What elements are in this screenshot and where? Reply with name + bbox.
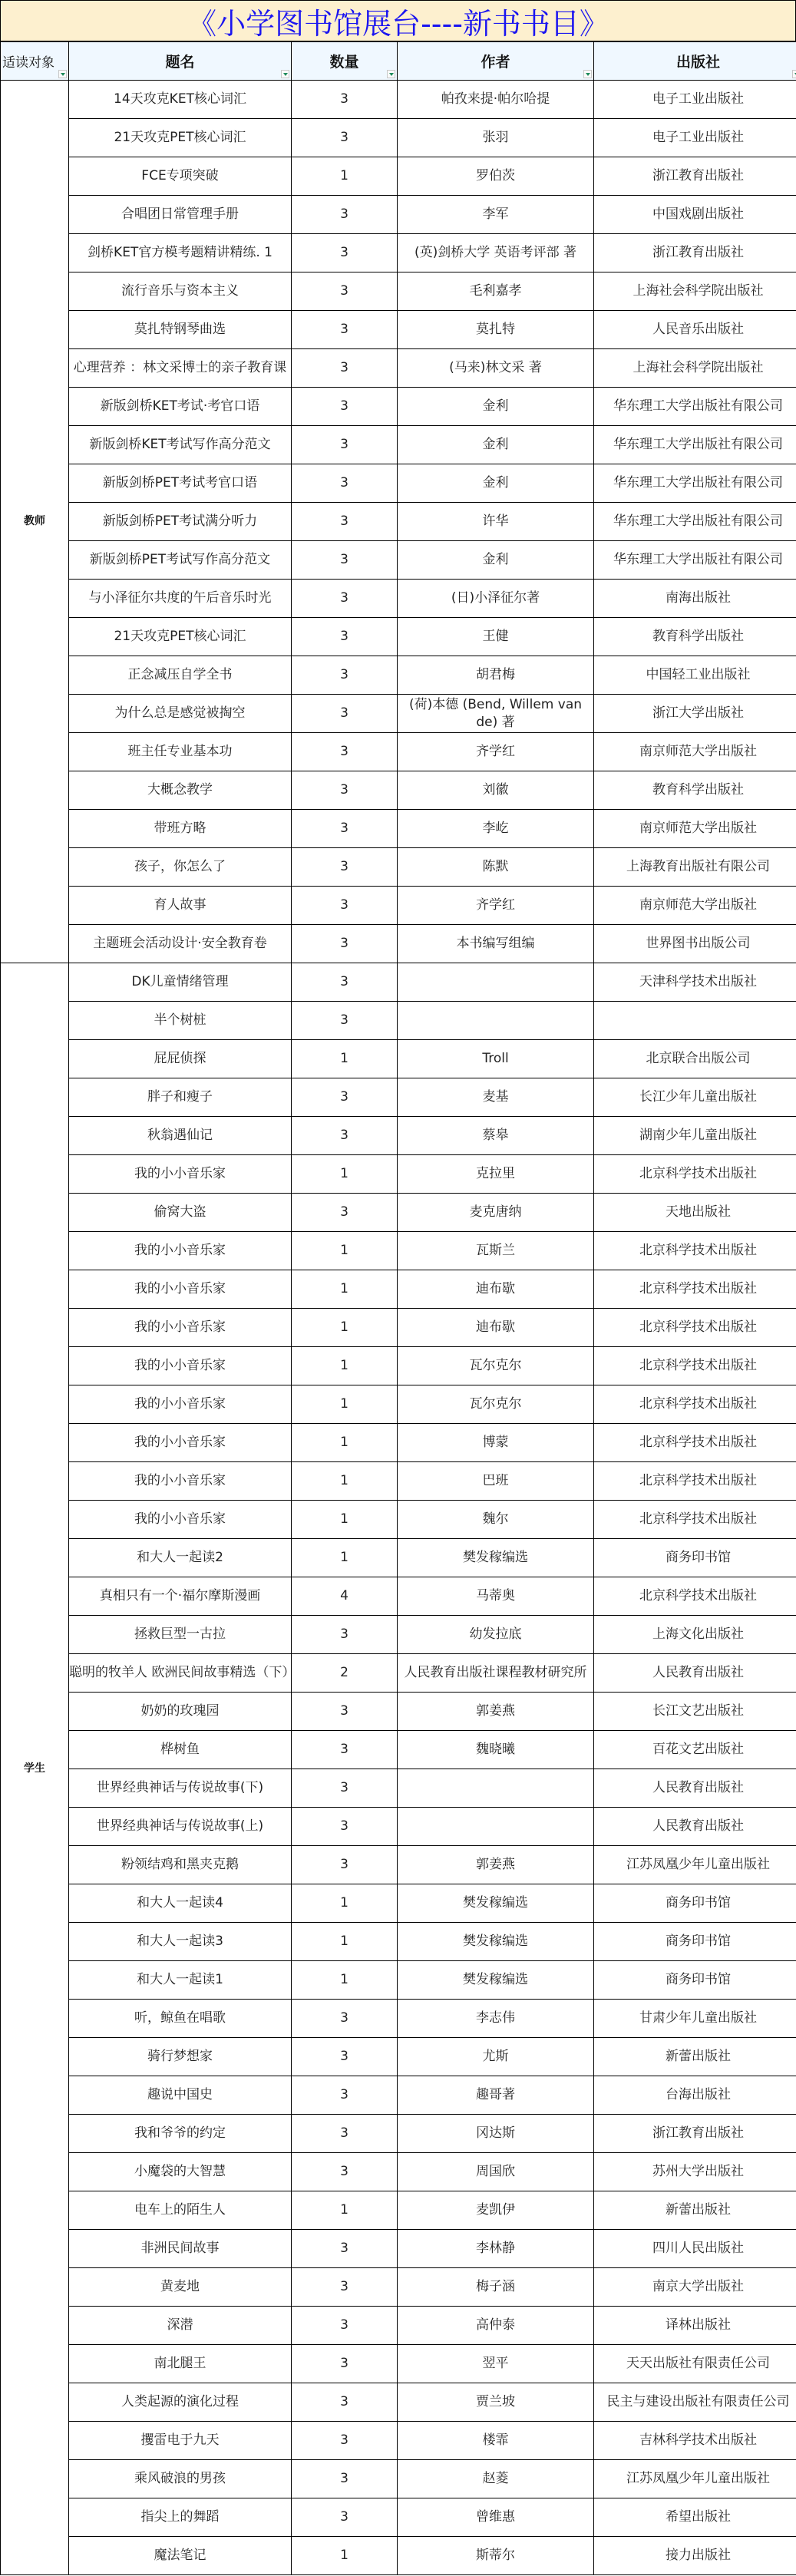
publisher-cell[interactable]: 希望出版社 bbox=[594, 2498, 796, 2537]
publisher-cell[interactable]: 新蕾出版社 bbox=[594, 2191, 796, 2230]
author-cell[interactable]: (英)剑桥大学 英语考评部 著 bbox=[398, 234, 594, 272]
quantity-cell[interactable]: 1 bbox=[292, 1923, 398, 1961]
quantity-cell[interactable]: 3 bbox=[292, 2422, 398, 2460]
author-cell[interactable]: 巴班 bbox=[398, 1462, 594, 1501]
publisher-cell[interactable]: 南海出版社 bbox=[594, 580, 796, 618]
author-cell[interactable]: 尤斯 bbox=[398, 2038, 594, 2076]
title-cell[interactable]: 秋翁遇仙记 bbox=[69, 1117, 292, 1155]
author-cell[interactable]: 贾兰坡 bbox=[398, 2383, 594, 2422]
author-cell[interactable]: 魏晓曦 bbox=[398, 1731, 594, 1769]
publisher-cell[interactable] bbox=[594, 1002, 796, 1040]
quantity-cell[interactable]: 3 bbox=[292, 388, 398, 426]
quantity-cell[interactable]: 3 bbox=[292, 1078, 398, 1117]
title-cell[interactable]: 屁屁侦探 bbox=[69, 1040, 292, 1078]
publisher-cell[interactable]: 百花文艺出版社 bbox=[594, 1731, 796, 1769]
table-row: 主题班会活动设计·安全教育卷3本书编写组编世界图书出版公司 bbox=[1, 925, 796, 963]
title-cell[interactable]: 我的小小音乐家 bbox=[69, 1309, 292, 1347]
author-cell[interactable]: 刘徽 bbox=[398, 771, 594, 810]
quantity-cell[interactable]: 1 bbox=[292, 1270, 398, 1309]
title-cell[interactable]: 乘风破浪的男孩 bbox=[69, 2460, 292, 2498]
author-cell[interactable]: 王健 bbox=[398, 618, 594, 656]
publisher-cell[interactable]: 商务印书馆 bbox=[594, 1961, 796, 2000]
author-cell[interactable]: 趣哥著 bbox=[398, 2076, 594, 2115]
quantity-cell[interactable]: 3 bbox=[292, 1616, 398, 1654]
quantity-cell[interactable]: 3 bbox=[292, 2000, 398, 2038]
quantity-cell[interactable]: 3 bbox=[292, 2115, 398, 2153]
publisher-cell[interactable]: 北京科学技术出版社 bbox=[594, 1501, 796, 1539]
title-cell[interactable]: 剑桥KET官方模考题精讲精练. 1 bbox=[69, 234, 292, 272]
table-body: 教师14天攻克KET核心词汇3帕孜来提·帕尔哈提电子工业出版社21天攻克PET核… bbox=[1, 81, 796, 2575]
author-cell[interactable]: 瓦尔克尔 bbox=[398, 1347, 594, 1385]
title-cell[interactable]: 人类起源的演化过程 bbox=[69, 2383, 292, 2422]
quantity-cell[interactable]: 2 bbox=[292, 1654, 398, 1693]
filter-dropdown-icon[interactable] bbox=[583, 70, 592, 78]
author-cell[interactable] bbox=[398, 1769, 594, 1808]
audience-cell[interactable]: 学生 bbox=[1, 963, 69, 2575]
quantity-cell[interactable]: 3 bbox=[292, 541, 398, 580]
title-cell[interactable]: FCE专项突破 bbox=[69, 157, 292, 196]
publisher-cell[interactable]: 江苏凤凰少年儿童出版社 bbox=[594, 1846, 796, 1884]
filter-dropdown-icon[interactable] bbox=[387, 70, 395, 78]
author-cell[interactable]: 麦基 bbox=[398, 1078, 594, 1117]
table-row: 乘风破浪的男孩3赵菱江苏凤凰少年儿童出版社 bbox=[1, 2460, 796, 2498]
quantity-cell[interactable]: 3 bbox=[292, 426, 398, 464]
table-row: 偷窝大盗3麦克唐纳天地出版社 bbox=[1, 1194, 796, 1232]
title-cell[interactable]: 魔法笔记 bbox=[69, 2537, 292, 2575]
publisher-cell[interactable]: 上海文化出版社 bbox=[594, 1616, 796, 1654]
title-cell[interactable]: 带班方略 bbox=[69, 810, 292, 848]
author-cell[interactable]: 周国欣 bbox=[398, 2153, 594, 2191]
author-cell[interactable]: 李志伟 bbox=[398, 2000, 594, 2038]
title-cell[interactable]: 21天攻克PET核心词汇 bbox=[69, 119, 292, 157]
author-cell[interactable]: 樊发稼编选 bbox=[398, 1539, 594, 1577]
author-cell[interactable]: 樊发稼编选 bbox=[398, 1961, 594, 2000]
author-cell[interactable]: 麦克唐纳 bbox=[398, 1194, 594, 1232]
quantity-cell[interactable]: 3 bbox=[292, 2498, 398, 2537]
author-cell[interactable]: 齐学红 bbox=[398, 733, 594, 771]
publisher-cell[interactable]: 商务印书馆 bbox=[594, 1539, 796, 1577]
column-header-label: 适读对象 bbox=[2, 55, 54, 71]
publisher-cell[interactable]: 北京联合出版公司 bbox=[594, 1040, 796, 1078]
quantity-cell[interactable]: 3 bbox=[292, 2307, 398, 2345]
author-cell[interactable]: 高仲泰 bbox=[398, 2307, 594, 2345]
quantity-cell[interactable]: 1 bbox=[292, 1961, 398, 2000]
author-cell[interactable]: 齐学红 bbox=[398, 887, 594, 925]
quantity-cell[interactable]: 3 bbox=[292, 119, 398, 157]
author-cell[interactable]: 斯蒂尔 bbox=[398, 2537, 594, 2575]
publisher-cell[interactable]: 教育科学出版社 bbox=[594, 771, 796, 810]
title-cell[interactable]: 听，鲸鱼在唱歌 bbox=[69, 2000, 292, 2038]
title-cell[interactable]: 21天攻克PET核心词汇 bbox=[69, 618, 292, 656]
title-cell[interactable]: 非洲民间故事 bbox=[69, 2230, 292, 2268]
table-row: 人类起源的演化过程3贾兰坡民主与建设出版社有限责任公司 bbox=[1, 2383, 796, 2422]
publisher-cell[interactable]: 浙江教育出版社 bbox=[594, 2115, 796, 2153]
title-cell[interactable]: DK儿童情绪管理 bbox=[69, 963, 292, 1002]
quantity-cell[interactable]: 3 bbox=[292, 1808, 398, 1846]
quantity-cell[interactable]: 3 bbox=[292, 887, 398, 925]
author-cell[interactable]: 迪布歇 bbox=[398, 1270, 594, 1309]
quantity-cell[interactable]: 3 bbox=[292, 1769, 398, 1808]
author-cell[interactable]: 蔡皋 bbox=[398, 1117, 594, 1155]
title-cell[interactable]: 我的小小音乐家 bbox=[69, 1270, 292, 1309]
author-cell[interactable]: 张羽 bbox=[398, 119, 594, 157]
title-cell[interactable]: 小魔袋的大智慧 bbox=[69, 2153, 292, 2191]
publisher-cell[interactable]: 吉林科学技术出版社 bbox=[594, 2422, 796, 2460]
title-cell[interactable]: 大概念教学 bbox=[69, 771, 292, 810]
filter-dropdown-icon[interactable] bbox=[281, 70, 289, 78]
quantity-cell[interactable]: 3 bbox=[292, 234, 398, 272]
publisher-cell[interactable]: 湖南少年儿童出版社 bbox=[594, 1117, 796, 1155]
author-cell[interactable]: 克拉里 bbox=[398, 1155, 594, 1194]
author-cell[interactable]: 迪布歇 bbox=[398, 1309, 594, 1347]
quantity-cell[interactable]: 4 bbox=[292, 1577, 398, 1616]
quantity-cell[interactable]: 3 bbox=[292, 1002, 398, 1040]
quantity-cell[interactable]: 3 bbox=[292, 1693, 398, 1731]
author-cell[interactable]: 本书编写组编 bbox=[398, 925, 594, 963]
publisher-cell[interactable]: 中国戏剧出版社 bbox=[594, 196, 796, 234]
quantity-cell[interactable]: 3 bbox=[292, 810, 398, 848]
title-cell[interactable]: 合唱团日常管理手册 bbox=[69, 196, 292, 234]
publisher-cell[interactable]: 电子工业出版社 bbox=[594, 119, 796, 157]
quantity-cell[interactable]: 1 bbox=[292, 1462, 398, 1501]
publisher-cell[interactable]: 浙江大学出版社 bbox=[594, 695, 796, 733]
title-cell[interactable]: 胖子和瘦子 bbox=[69, 1078, 292, 1117]
quantity-cell[interactable]: 3 bbox=[292, 272, 398, 311]
quantity-cell[interactable]: 3 bbox=[292, 656, 398, 695]
quantity-cell[interactable]: 3 bbox=[292, 2345, 398, 2383]
quantity-cell[interactable]: 3 bbox=[292, 81, 398, 119]
quantity-cell[interactable]: 3 bbox=[292, 771, 398, 810]
author-cell[interactable]: 帕孜来提·帕尔哈提 bbox=[398, 81, 594, 119]
title-cell[interactable]: 真相只有一个·福尔摩斯漫画 bbox=[69, 1577, 292, 1616]
publisher-cell[interactable]: 长江文艺出版社 bbox=[594, 1693, 796, 1731]
quantity-cell[interactable]: 1 bbox=[292, 1539, 398, 1577]
publisher-cell[interactable]: 中国轻工业出版社 bbox=[594, 656, 796, 695]
column-header-label: 出版社 bbox=[676, 54, 720, 71]
quantity-cell[interactable]: 3 bbox=[292, 2268, 398, 2307]
title-cell[interactable]: 半个树桩 bbox=[69, 1002, 292, 1040]
publisher-cell[interactable]: 甘肃少年儿童出版社 bbox=[594, 2000, 796, 2038]
filter-dropdown-icon[interactable] bbox=[792, 70, 796, 78]
publisher-cell[interactable]: 译林出版社 bbox=[594, 2307, 796, 2345]
quantity-cell[interactable]: 3 bbox=[292, 2038, 398, 2076]
quantity-cell[interactable]: 1 bbox=[292, 2191, 398, 2230]
quantity-cell[interactable]: 3 bbox=[292, 580, 398, 618]
table-row: 育人故事3齐学红南京师范大学出版社 bbox=[1, 887, 796, 925]
publisher-cell[interactable]: 北京科学技术出版社 bbox=[594, 1347, 796, 1385]
quantity-cell[interactable]: 3 bbox=[292, 2153, 398, 2191]
publisher-cell[interactable]: 人民教育出版社 bbox=[594, 1654, 796, 1693]
table-row: 和大人一起读21樊发稼编选商务印书馆 bbox=[1, 1539, 796, 1577]
title-cell[interactable]: 新版剑桥PET考试考官口语 bbox=[69, 464, 292, 503]
quantity-cell[interactable]: 3 bbox=[292, 464, 398, 503]
title-cell[interactable]: 世界经典神话与传说故事(下) bbox=[69, 1769, 292, 1808]
title-cell[interactable]: 世界经典神话与传说故事(上) bbox=[69, 1808, 292, 1846]
title-cell[interactable]: 我的小小音乐家 bbox=[69, 1347, 292, 1385]
publisher-cell[interactable]: 人民教育出版社 bbox=[594, 1808, 796, 1846]
table-row: 和大人一起读41樊发稼编选商务印书馆 bbox=[1, 1884, 796, 1923]
title-cell[interactable]: 深潜 bbox=[69, 2307, 292, 2345]
title-cell[interactable]: 黄麦地 bbox=[69, 2268, 292, 2307]
author-cell[interactable] bbox=[398, 1808, 594, 1846]
author-cell[interactable]: 陈默 bbox=[398, 848, 594, 887]
publisher-cell[interactable]: 北京科学技术出版社 bbox=[594, 1424, 796, 1462]
table-row: 我的小小音乐家1瓦尔克尔北京科学技术出版社 bbox=[1, 1347, 796, 1385]
table-row: 和大人一起读31樊发稼编选商务印书馆 bbox=[1, 1923, 796, 1961]
table-row: 新版剑桥PET考试满分听力3许华华东理工大学出版社有限公司 bbox=[1, 503, 796, 541]
title-cell[interactable]: 新版剑桥PET考试满分听力 bbox=[69, 503, 292, 541]
table-row: 学生DK儿童情绪管理3天津科学技术出版社 bbox=[1, 963, 796, 1002]
publisher-cell[interactable]: 华东理工大学出版社有限公司 bbox=[594, 426, 796, 464]
author-cell[interactable]: 赵菱 bbox=[398, 2460, 594, 2498]
audience-cell[interactable]: 教师 bbox=[1, 81, 69, 963]
table-row: 我的小小音乐家1巴班北京科学技术出版社 bbox=[1, 1462, 796, 1501]
table-row: 聪明的牧羊人 欧洲民间故事精选（下）2人民教育出版社课程教材研究所人民教育出版社 bbox=[1, 1654, 796, 1693]
table-row: 莫扎特钢琴曲选3莫扎特人民音乐出版社 bbox=[1, 311, 796, 349]
author-cell[interactable] bbox=[398, 1002, 594, 1040]
publisher-cell[interactable]: 华东理工大学出版社有限公司 bbox=[594, 464, 796, 503]
quantity-cell[interactable]: 3 bbox=[292, 2230, 398, 2268]
publisher-cell[interactable]: 接力出版社 bbox=[594, 2537, 796, 2575]
author-cell[interactable]: 瓦尔克尔 bbox=[398, 1385, 594, 1424]
publisher-cell[interactable]: 民主与建设出版社有限责任公司 bbox=[594, 2383, 796, 2422]
title-cell[interactable]: 新版剑桥PET考试写作高分范文 bbox=[69, 541, 292, 580]
quantity-cell[interactable]: 3 bbox=[292, 311, 398, 349]
table-row: 小魔袋的大智慧3周国欣苏州大学出版社 bbox=[1, 2153, 796, 2191]
author-cell[interactable]: 魏尔 bbox=[398, 1501, 594, 1539]
publisher-cell[interactable]: 北京科学技术出版社 bbox=[594, 1577, 796, 1616]
quantity-cell[interactable]: 1 bbox=[292, 157, 398, 196]
table-row: 世界经典神话与传说故事(下)3人民教育出版社 bbox=[1, 1769, 796, 1808]
author-cell[interactable]: 金利 bbox=[398, 464, 594, 503]
author-cell[interactable]: 幼发拉底 bbox=[398, 1616, 594, 1654]
author-cell[interactable]: (日)小泽征尔著 bbox=[398, 580, 594, 618]
title-cell[interactable]: 主题班会活动设计·安全教育卷 bbox=[69, 925, 292, 963]
title-cell[interactable]: 南北腿王 bbox=[69, 2345, 292, 2383]
title-cell[interactable]: 14天攻克KET核心词汇 bbox=[69, 81, 292, 119]
quantity-cell[interactable]: 3 bbox=[292, 2460, 398, 2498]
quantity-cell[interactable]: 1 bbox=[292, 1347, 398, 1385]
table-row: 我的小小音乐家1迪布歇北京科学技术出版社 bbox=[1, 1309, 796, 1347]
table-row: 指尖上的舞蹈3曾维惠希望出版社 bbox=[1, 2498, 796, 2537]
quantity-cell[interactable]: 1 bbox=[292, 1040, 398, 1078]
quantity-cell[interactable]: 3 bbox=[292, 1846, 398, 1884]
table-row: 我的小小音乐家1博蒙北京科学技术出版社 bbox=[1, 1424, 796, 1462]
quantity-cell[interactable]: 3 bbox=[292, 503, 398, 541]
quantity-cell[interactable]: 1 bbox=[292, 1884, 398, 1923]
publisher-cell[interactable]: 商务印书馆 bbox=[594, 1884, 796, 1923]
title-cell[interactable]: 和大人一起读3 bbox=[69, 1923, 292, 1961]
title-cell[interactable]: 我的小小音乐家 bbox=[69, 1232, 292, 1270]
title-cell[interactable]: 攫雷电于九天 bbox=[69, 2422, 292, 2460]
publisher-cell[interactable]: 上海社会科学院出版社 bbox=[594, 349, 796, 388]
publisher-cell[interactable]: 北京科学技术出版社 bbox=[594, 1462, 796, 1501]
table-row: 粉领结鸡和黑夹克鹅3郭姜燕江苏凤凰少年儿童出版社 bbox=[1, 1846, 796, 1884]
title-cell[interactable]: 为什么总是感觉被掏空 bbox=[69, 695, 292, 733]
quantity-cell[interactable]: 3 bbox=[292, 2383, 398, 2422]
publisher-cell[interactable]: 教育科学出版社 bbox=[594, 618, 796, 656]
author-cell[interactable]: 金利 bbox=[398, 388, 594, 426]
quantity-cell[interactable]: 3 bbox=[292, 2076, 398, 2115]
title-cell[interactable]: 育人故事 bbox=[69, 887, 292, 925]
author-cell[interactable]: (马来)林文采 著 bbox=[398, 349, 594, 388]
author-cell[interactable]: 曾维惠 bbox=[398, 2498, 594, 2537]
quantity-cell[interactable]: 1 bbox=[292, 1501, 398, 1539]
author-cell[interactable] bbox=[398, 963, 594, 1002]
quantity-cell[interactable]: 1 bbox=[292, 1385, 398, 1424]
quantity-cell[interactable]: 1 bbox=[292, 1309, 398, 1347]
publisher-cell[interactable]: 天天出版社有限责任公司 bbox=[594, 2345, 796, 2383]
publisher-cell[interactable]: 北京科学技术出版社 bbox=[594, 1232, 796, 1270]
author-cell[interactable]: 郭姜燕 bbox=[398, 1693, 594, 1731]
publisher-cell[interactable]: 南京师范大学出版社 bbox=[594, 887, 796, 925]
quantity-cell[interactable]: 3 bbox=[292, 1117, 398, 1155]
quantity-cell[interactable]: 3 bbox=[292, 848, 398, 887]
title-cell[interactable]: 聪明的牧羊人 欧洲民间故事精选（下） bbox=[69, 1654, 292, 1693]
publisher-cell[interactable]: 南京师范大学出版社 bbox=[594, 733, 796, 771]
author-cell[interactable]: 金利 bbox=[398, 426, 594, 464]
publisher-cell[interactable]: 北京科学技术出版社 bbox=[594, 1309, 796, 1347]
author-cell[interactable]: 麦凯伊 bbox=[398, 2191, 594, 2230]
publisher-cell[interactable]: 四川人民出版社 bbox=[594, 2230, 796, 2268]
publisher-cell[interactable]: 北京科学技术出版社 bbox=[594, 1385, 796, 1424]
publisher-cell[interactable]: 华东理工大学出版社有限公司 bbox=[594, 541, 796, 580]
author-cell[interactable]: 梅子涵 bbox=[398, 2268, 594, 2307]
title-cell[interactable]: 桦树鱼 bbox=[69, 1731, 292, 1769]
publisher-cell[interactable]: 苏州大学出版社 bbox=[594, 2153, 796, 2191]
book-list-table: 适读对象 题名 数量 作者 出版社 bbox=[0, 41, 796, 2575]
table-row: 我的小小音乐家1瓦尔克尔北京科学技术出版社 bbox=[1, 1385, 796, 1424]
title-cell[interactable]: 我和爷爷的约定 bbox=[69, 2115, 292, 2153]
publisher-cell[interactable]: 南京大学出版社 bbox=[594, 2268, 796, 2307]
title-cell[interactable]: 班主任专业基本功 bbox=[69, 733, 292, 771]
publisher-cell[interactable]: 华东理工大学出版社有限公司 bbox=[594, 388, 796, 426]
publisher-cell[interactable]: 华东理工大学出版社有限公司 bbox=[594, 503, 796, 541]
title-cell[interactable]: 正念减压自学全书 bbox=[69, 656, 292, 695]
author-cell[interactable]: 人民教育出版社课程教材研究所 bbox=[398, 1654, 594, 1693]
title-cell[interactable]: 新版剑桥KET考试·考官口语 bbox=[69, 388, 292, 426]
title-cell[interactable]: 心理营养 ：林文采博士的亲子教育课 bbox=[69, 349, 292, 388]
author-cell[interactable]: 樊发稼编选 bbox=[398, 1923, 594, 1961]
publisher-cell[interactable]: 南京师范大学出版社 bbox=[594, 810, 796, 848]
publisher-cell[interactable]: 天地出版社 bbox=[594, 1194, 796, 1232]
publisher-cell[interactable]: 新蕾出版社 bbox=[594, 2038, 796, 2076]
title-cell[interactable]: 奶奶的玫瑰园 bbox=[69, 1693, 292, 1731]
publisher-cell[interactable]: 人民教育出版社 bbox=[594, 1769, 796, 1808]
quantity-cell[interactable]: 3 bbox=[292, 618, 398, 656]
quantity-cell[interactable]: 3 bbox=[292, 1194, 398, 1232]
table-row: 世界经典神话与传说故事(上)3人民教育出版社 bbox=[1, 1808, 796, 1846]
author-cell[interactable]: 瓦斯兰 bbox=[398, 1232, 594, 1270]
title-cell[interactable]: 我的小小音乐家 bbox=[69, 1155, 292, 1194]
title-cell[interactable]: 指尖上的舞蹈 bbox=[69, 2498, 292, 2537]
spreadsheet: 《小学图书馆展台----新书书目》 适读对象 题名 数量 作者 bbox=[0, 0, 796, 2575]
title-cell[interactable]: 偷窝大盗 bbox=[69, 1194, 292, 1232]
publisher-cell[interactable]: 长江少年儿童出版社 bbox=[594, 1078, 796, 1117]
publisher-cell[interactable]: 人民音乐出版社 bbox=[594, 311, 796, 349]
title-cell[interactable]: 流行音乐与资本主义 bbox=[69, 272, 292, 311]
author-cell[interactable]: 李军 bbox=[398, 196, 594, 234]
quantity-cell[interactable]: 3 bbox=[292, 1731, 398, 1769]
quantity-cell[interactable]: 1 bbox=[292, 1155, 398, 1194]
page-title: 《小学图书馆展台----新书书目》 bbox=[187, 0, 609, 42]
author-cell[interactable]: 冈达斯 bbox=[398, 2115, 594, 2153]
quantity-cell[interactable]: 3 bbox=[292, 925, 398, 963]
author-cell[interactable]: 莫扎特 bbox=[398, 311, 594, 349]
title-cell[interactable]: 骑行梦想家 bbox=[69, 2038, 292, 2076]
publisher-cell[interactable]: 天津科学技术出版社 bbox=[594, 963, 796, 1002]
quantity-cell[interactable]: 1 bbox=[292, 1424, 398, 1462]
table-row: 非洲民间故事3李林静四川人民出版社 bbox=[1, 2230, 796, 2268]
author-cell[interactable]: 胡君梅 bbox=[398, 656, 594, 695]
publisher-cell[interactable]: 上海社会科学院出版社 bbox=[594, 272, 796, 311]
title-cell[interactable]: 和大人一起读4 bbox=[69, 1884, 292, 1923]
title-cell[interactable]: 和大人一起读2 bbox=[69, 1539, 292, 1577]
author-cell[interactable]: 楼霏 bbox=[398, 2422, 594, 2460]
title-cell[interactable]: 我的小小音乐家 bbox=[69, 1424, 292, 1462]
publisher-cell[interactable]: 北京科学技术出版社 bbox=[594, 1155, 796, 1194]
quantity-cell[interactable]: 3 bbox=[292, 733, 398, 771]
publisher-cell[interactable]: 浙江教育出版社 bbox=[594, 157, 796, 196]
author-cell[interactable]: 罗伯茨 bbox=[398, 157, 594, 196]
filter-dropdown-icon[interactable] bbox=[58, 70, 67, 78]
table-row: 新版剑桥KET考试·考官口语3金利华东理工大学出版社有限公司 bbox=[1, 388, 796, 426]
publisher-cell[interactable]: 台海出版社 bbox=[594, 2076, 796, 2115]
author-cell[interactable]: 樊发稼编选 bbox=[398, 1884, 594, 1923]
title-cell[interactable]: 莫扎特钢琴曲选 bbox=[69, 311, 292, 349]
quantity-cell[interactable]: 1 bbox=[292, 2537, 398, 2575]
author-cell[interactable]: 郭姜燕 bbox=[398, 1846, 594, 1884]
quantity-cell[interactable]: 1 bbox=[292, 1232, 398, 1270]
column-header-label: 数量 bbox=[329, 54, 358, 71]
title-cell[interactable]: 我的小小音乐家 bbox=[69, 1385, 292, 1424]
publisher-cell[interactable]: 上海教育出版社有限公司 bbox=[594, 848, 796, 887]
title-cell[interactable]: 趣说中国史 bbox=[69, 2076, 292, 2115]
table-row: 我的小小音乐家1瓦斯兰北京科学技术出版社 bbox=[1, 1232, 796, 1270]
title-cell[interactable]: 我的小小音乐家 bbox=[69, 1462, 292, 1501]
publisher-cell[interactable]: 浙江教育出版社 bbox=[594, 234, 796, 272]
title-cell[interactable]: 孩子，你怎么了 bbox=[69, 848, 292, 887]
author-cell[interactable]: 李林静 bbox=[398, 2230, 594, 2268]
publisher-cell[interactable]: 江苏凤凰少年儿童出版社 bbox=[594, 2460, 796, 2498]
author-cell[interactable]: 金利 bbox=[398, 541, 594, 580]
author-cell[interactable]: (荷)本德 (Bend, Willem van de) 著 bbox=[398, 695, 594, 733]
author-cell[interactable]: 许华 bbox=[398, 503, 594, 541]
publisher-cell[interactable]: 商务印书馆 bbox=[594, 1923, 796, 1961]
author-cell[interactable]: 李屹 bbox=[398, 810, 594, 848]
author-cell[interactable]: 翌平 bbox=[398, 2345, 594, 2383]
author-cell[interactable]: 博蒙 bbox=[398, 1424, 594, 1462]
quantity-cell[interactable]: 3 bbox=[292, 196, 398, 234]
publisher-cell[interactable]: 北京科学技术出版社 bbox=[594, 1270, 796, 1309]
author-cell[interactable]: 毛利嘉孝 bbox=[398, 272, 594, 311]
publisher-cell[interactable]: 电子工业出版社 bbox=[594, 81, 796, 119]
quantity-cell[interactable]: 3 bbox=[292, 963, 398, 1002]
author-cell[interactable]: 马蒂奥 bbox=[398, 1577, 594, 1616]
quantity-cell[interactable]: 3 bbox=[292, 349, 398, 388]
title-cell[interactable]: 电车上的陌生人 bbox=[69, 2191, 292, 2230]
quantity-cell[interactable]: 3 bbox=[292, 695, 398, 733]
publisher-cell[interactable]: 世界图书出版公司 bbox=[594, 925, 796, 963]
title-cell[interactable]: 和大人一起读1 bbox=[69, 1961, 292, 2000]
title-cell[interactable]: 新版剑桥KET考试写作高分范文 bbox=[69, 426, 292, 464]
title-cell[interactable]: 与小泽征尔共度的午后音乐时光 bbox=[69, 580, 292, 618]
table-row: 与小泽征尔共度的午后音乐时光3(日)小泽征尔著南海出版社 bbox=[1, 580, 796, 618]
author-cell[interactable]: Troll bbox=[398, 1040, 594, 1078]
title-cell[interactable]: 拯救巨型一古拉 bbox=[69, 1616, 292, 1654]
title-cell[interactable]: 粉领结鸡和黑夹克鹅 bbox=[69, 1846, 292, 1884]
title-cell[interactable]: 我的小小音乐家 bbox=[69, 1501, 292, 1539]
